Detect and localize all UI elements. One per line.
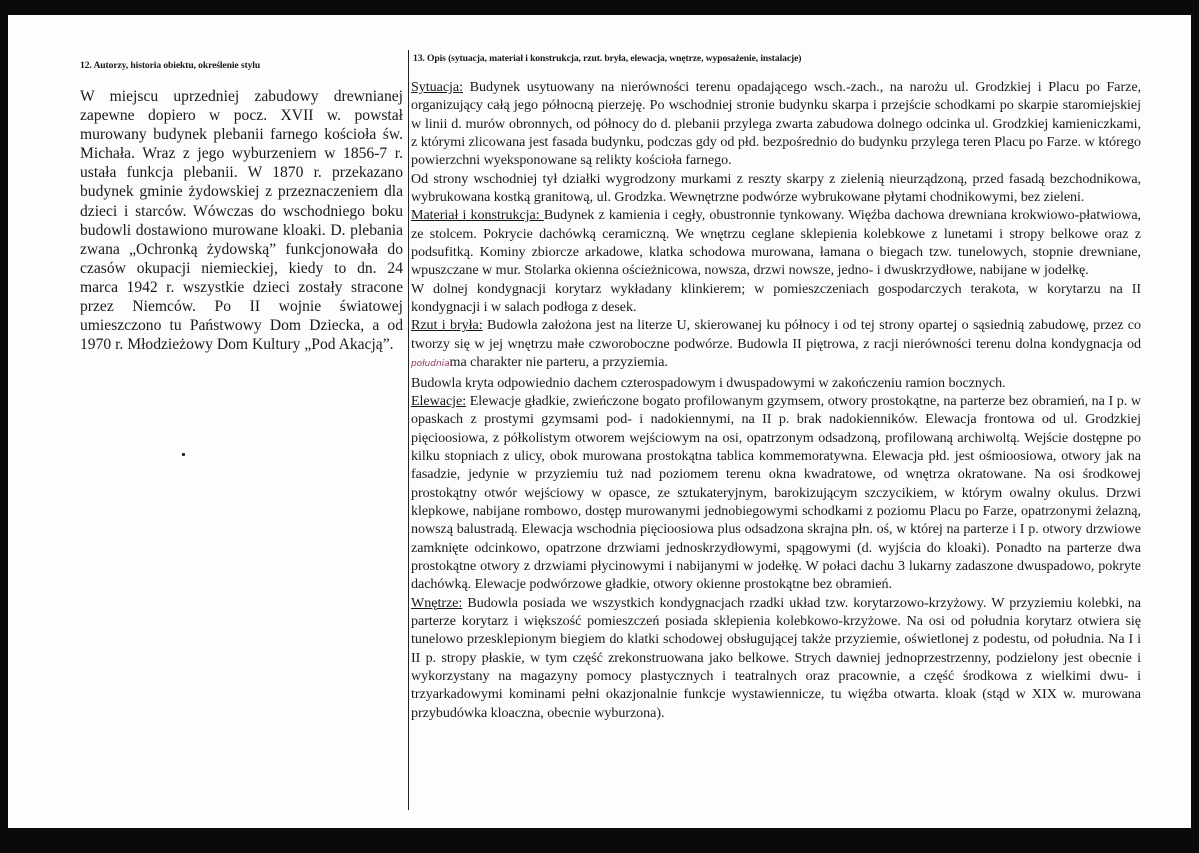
section-floors: W dolnej kondygnacji korytarz wykładany …: [411, 280, 1141, 317]
section-sytuacja: Sytuacja: Budynek usytuowany na nierówno…: [411, 78, 1141, 170]
scan-speck: [182, 453, 185, 456]
history-paragraph: W miejscu uprzedniej zabudowy drewnianej…: [80, 87, 403, 354]
section-label: Rzut i bryła:: [411, 317, 483, 333]
section-text: Budowla kryta odpowiednio dachem czteros…: [411, 375, 1006, 391]
history-column: W miejscu uprzedniej zabudowy drewnianej…: [80, 87, 403, 354]
section-label: Wnętrze:: [411, 595, 462, 611]
section-wnetrze: Wnętrze: Budowla posiada we wszystkich k…: [411, 594, 1141, 722]
section-label: Elewacje:: [411, 393, 466, 409]
section-text: Od strony wschodniej tył działki wygrodz…: [411, 171, 1141, 205]
section-rzut: Rzut i bryła: Budowla założona jest na l…: [411, 316, 1141, 373]
section-text-after: ma charakter nie parteru, a przyziemia.: [450, 354, 668, 370]
section-surroundings: Od strony wschodniej tył działki wygrodz…: [411, 170, 1141, 207]
section-text: Elewacje gładkie, zwieńczone bogato prof…: [411, 393, 1141, 592]
section-roof: Budowla kryta odpowiednio dachem czteros…: [411, 374, 1141, 392]
section-text: Budowla posiada we wszystkich kondygnacj…: [411, 595, 1141, 721]
section-12-heading: 12. Autorzy, historia obiektu, określeni…: [80, 60, 260, 71]
section-text: W dolnej kondygnacji korytarz wykładany …: [411, 281, 1141, 315]
section-label: Sytuacja:: [411, 79, 463, 95]
column-divider: [408, 50, 409, 810]
section-text: Budowla założona jest na literze U, skie…: [411, 317, 1141, 351]
section-text: Budynek usytuowany na nierówności terenu…: [411, 79, 1141, 168]
section-label: Materiał i konstrukcja:: [411, 207, 544, 223]
section-elewacje: Elewacje: Elewacje gładkie, zwieńczone b…: [411, 392, 1141, 594]
section-13-heading: 13. Opis (sytuacja, materiał i konstrukc…: [413, 53, 801, 64]
description-column: Sytuacja: Budynek usytuowany na nierówno…: [411, 78, 1141, 722]
handwritten-annotation: południa: [411, 359, 450, 369]
section-material: Materiał i konstrukcja: Budynek z kamien…: [411, 206, 1141, 279]
scanned-page: 12. Autorzy, historia obiektu, określeni…: [8, 15, 1191, 828]
